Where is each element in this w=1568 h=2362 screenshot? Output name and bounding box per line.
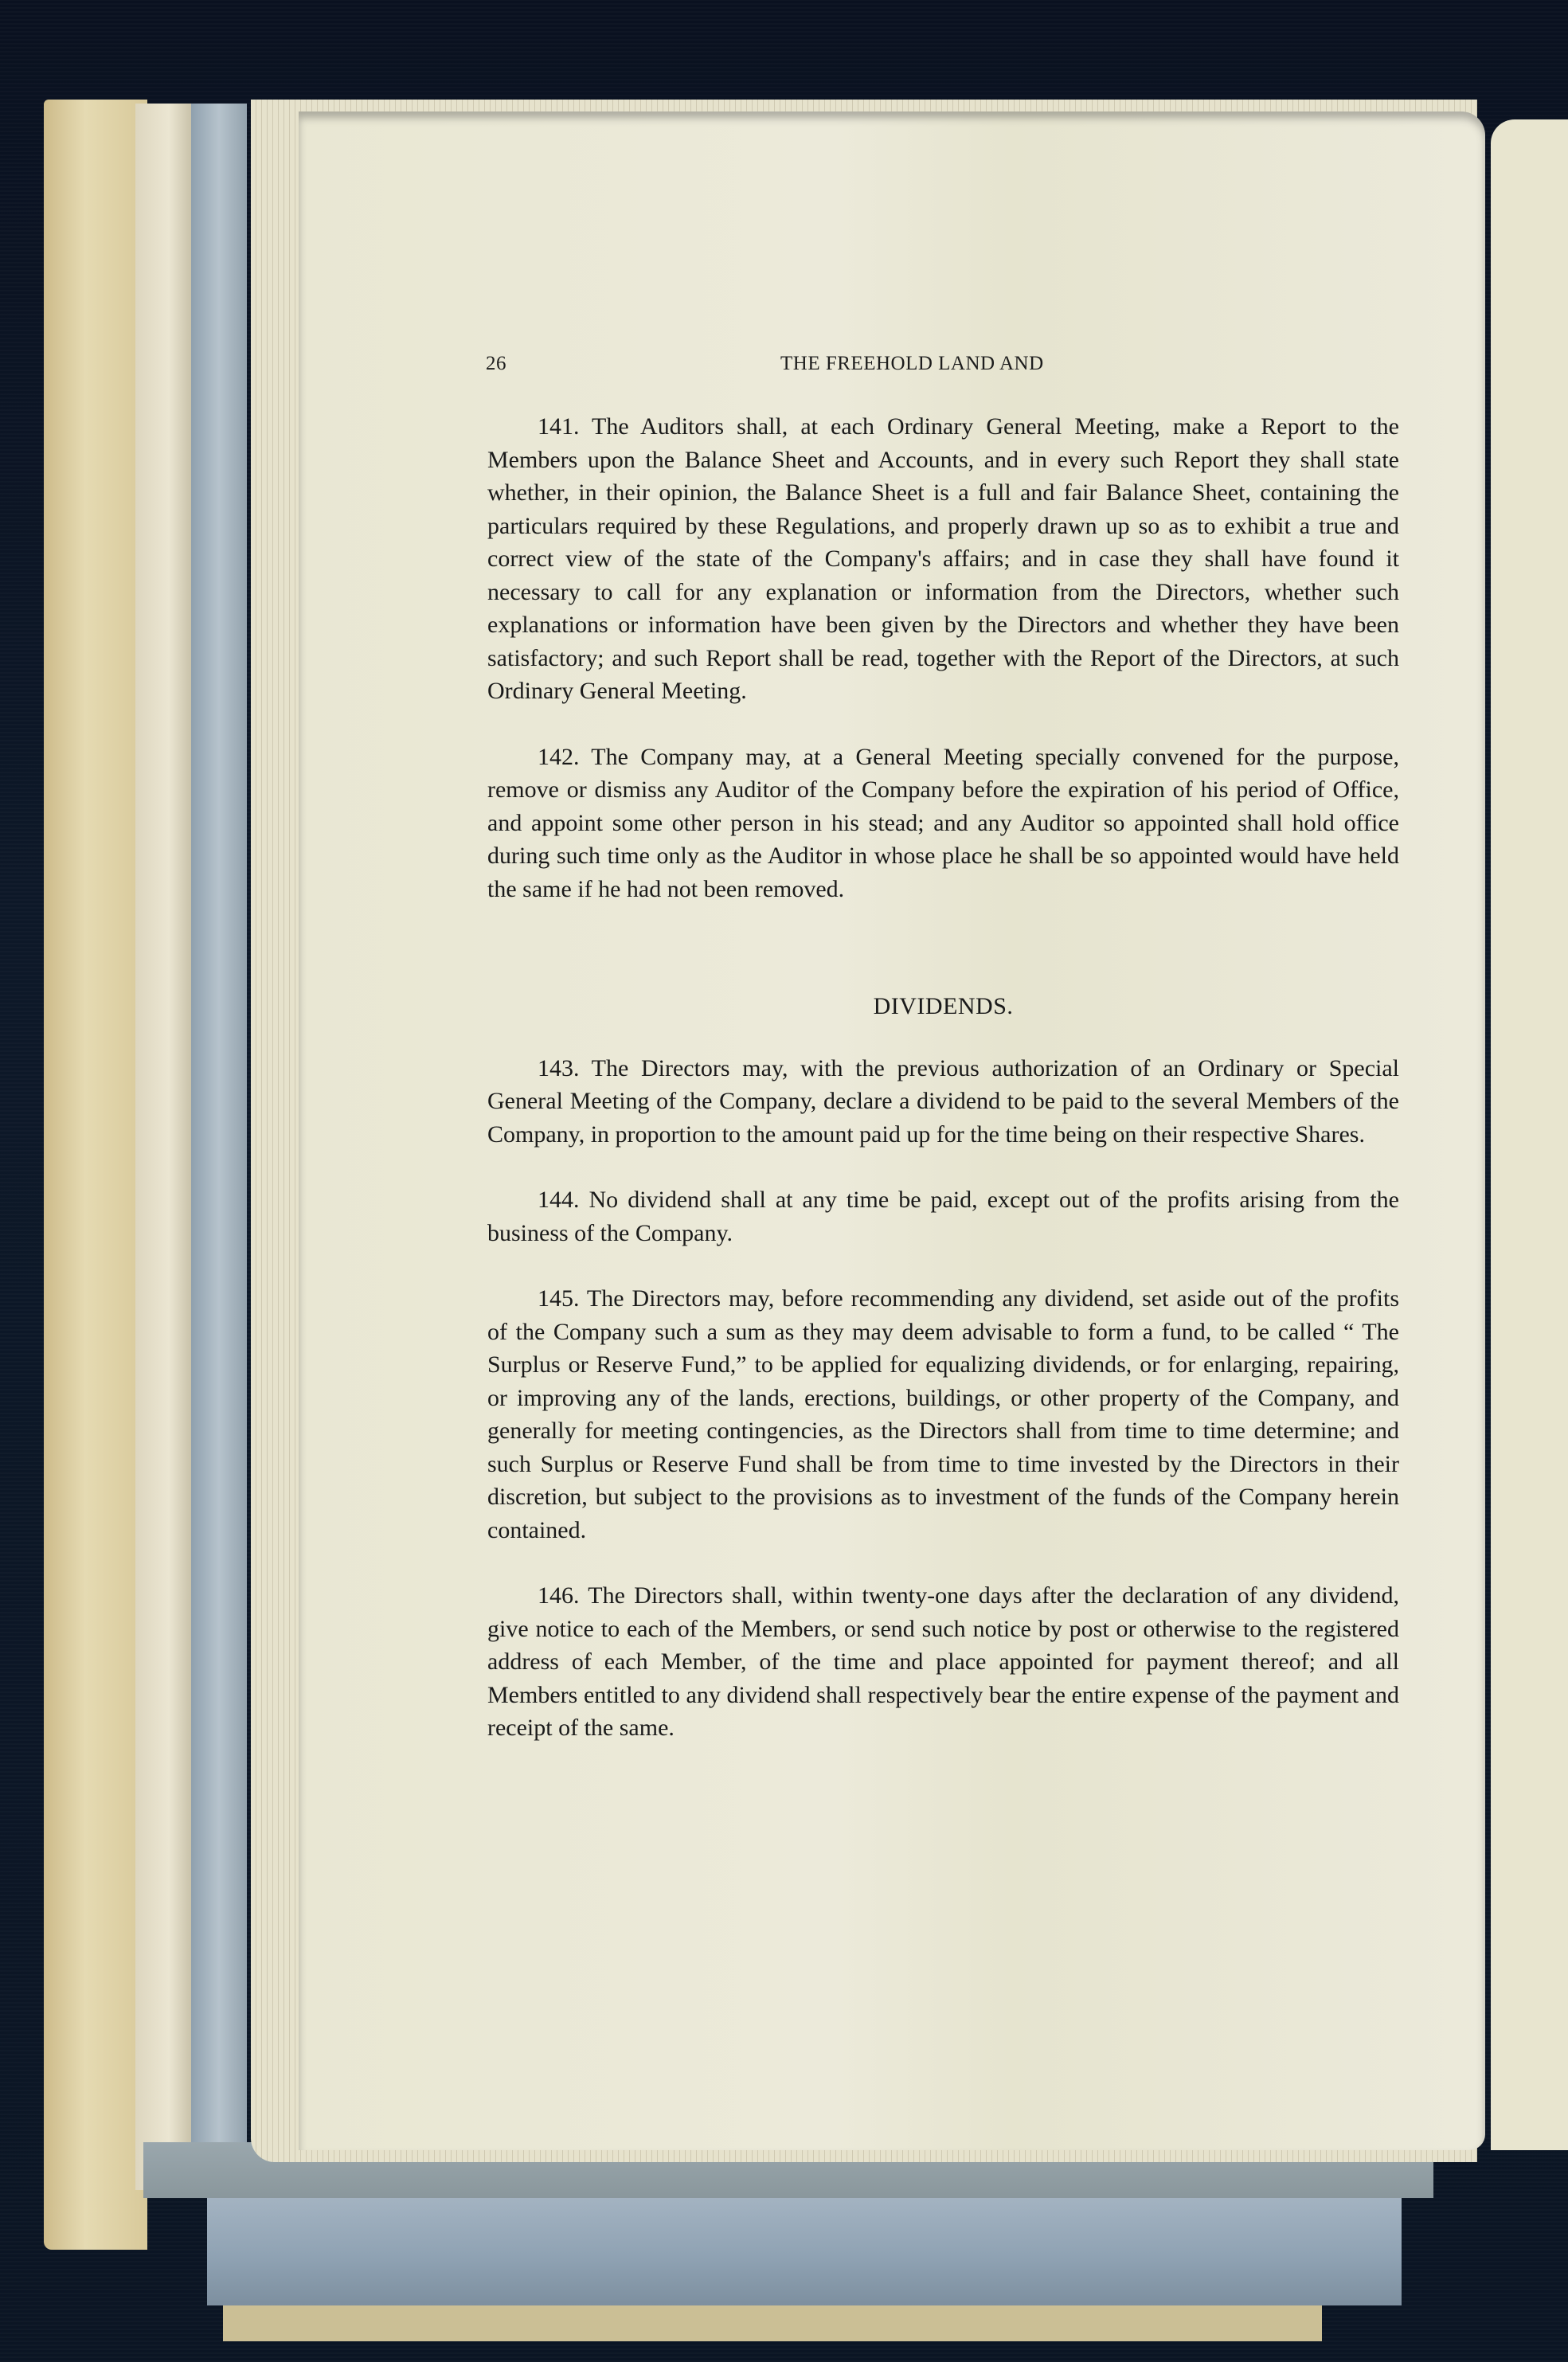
paragraph-146: 146. The Directors shall, within twenty-… <box>487 1579 1399 1745</box>
paragraph-number: 141. <box>538 413 580 440</box>
paragraph-142: 142. The Company may, at a General Meeti… <box>487 741 1399 906</box>
facing-page-edge <box>1491 119 1568 2150</box>
paragraph-143: 143. The Directors may, with the previou… <box>487 1052 1399 1152</box>
section-heading-dividends: DIVIDENDS. <box>487 990 1399 1023</box>
tan-wrapper-edge <box>44 100 147 2250</box>
paragraph-text: The Directors shall, within twenty-one d… <box>487 1582 1399 1741</box>
paragraph-number: 144. <box>538 1187 580 1213</box>
paragraph-number: 145. <box>538 1285 580 1312</box>
page-number: 26 <box>486 353 506 375</box>
paragraph-145: 145. The Directors may, before recommend… <box>487 1282 1399 1547</box>
paragraph-141: 141. The Auditors shall, at each Ordinar… <box>487 410 1399 708</box>
running-head: 26 THE FREEHOLD LAND AND <box>486 353 1402 385</box>
running-title: THE FREEHOLD LAND AND <box>780 353 1044 375</box>
paragraph-text: No dividend shall at any time be paid, e… <box>487 1187 1399 1246</box>
blue-endpaper-edge <box>191 104 247 2190</box>
paragraph-text: The Auditors shall, at each Ordinary Gen… <box>487 413 1399 704</box>
body-text: 141. The Auditors shall, at each Ordinar… <box>487 410 1399 1745</box>
paragraph-text: The Company may, at a General Meeting sp… <box>487 744 1399 902</box>
paragraph-text: The Directors may, with the previous aut… <box>487 1055 1399 1148</box>
paragraph-number: 146. <box>538 1582 580 1609</box>
paragraph-144: 144. No dividend shall at any time be pa… <box>487 1183 1399 1249</box>
bottom-blue-endpaper <box>207 2186 1402 2305</box>
paragraph-number: 143. <box>538 1055 580 1081</box>
paragraph-number: 142. <box>538 744 580 770</box>
folded-paper-edge <box>135 104 191 2190</box>
bottom-tan-wrapper <box>223 2301 1322 2341</box>
paragraph-text: The Directors may, before recommending a… <box>487 1285 1399 1543</box>
